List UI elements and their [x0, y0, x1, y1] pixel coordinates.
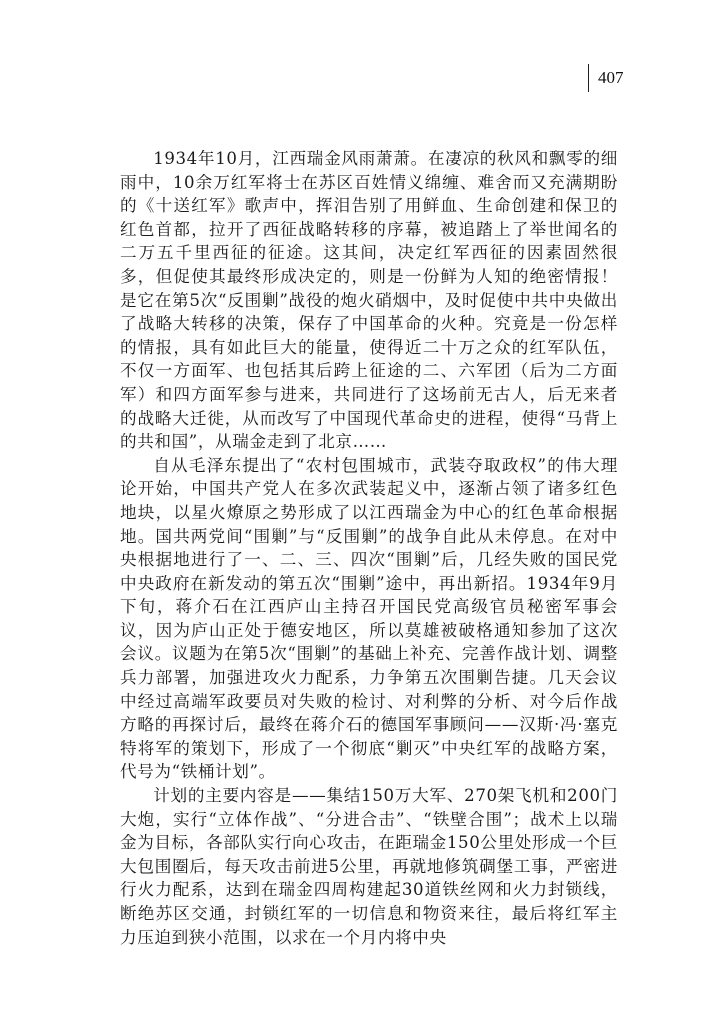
- page-number-divider: [588, 64, 589, 92]
- paragraph-3: 计划的主要内容是——集结150万大军、270架飞机和200门大炮，实行“立体作战…: [120, 784, 618, 949]
- page-header: 407: [588, 64, 624, 92]
- paragraph-1: 1934年10月，江西瑞金风雨萧萧。在凄凉的秋风和飘零的细雨中，10余万红军将士…: [120, 147, 618, 454]
- body-text: 1934年10月，江西瑞金风雨萧萧。在凄凉的秋风和飘零的细雨中，10余万红军将士…: [120, 147, 618, 949]
- page-number: 407: [598, 68, 624, 88]
- paragraph-2: 自从毛泽东提出了“农村包围城市，武装夺取政权”的伟大理论开始，中国共产党人在多次…: [120, 454, 618, 784]
